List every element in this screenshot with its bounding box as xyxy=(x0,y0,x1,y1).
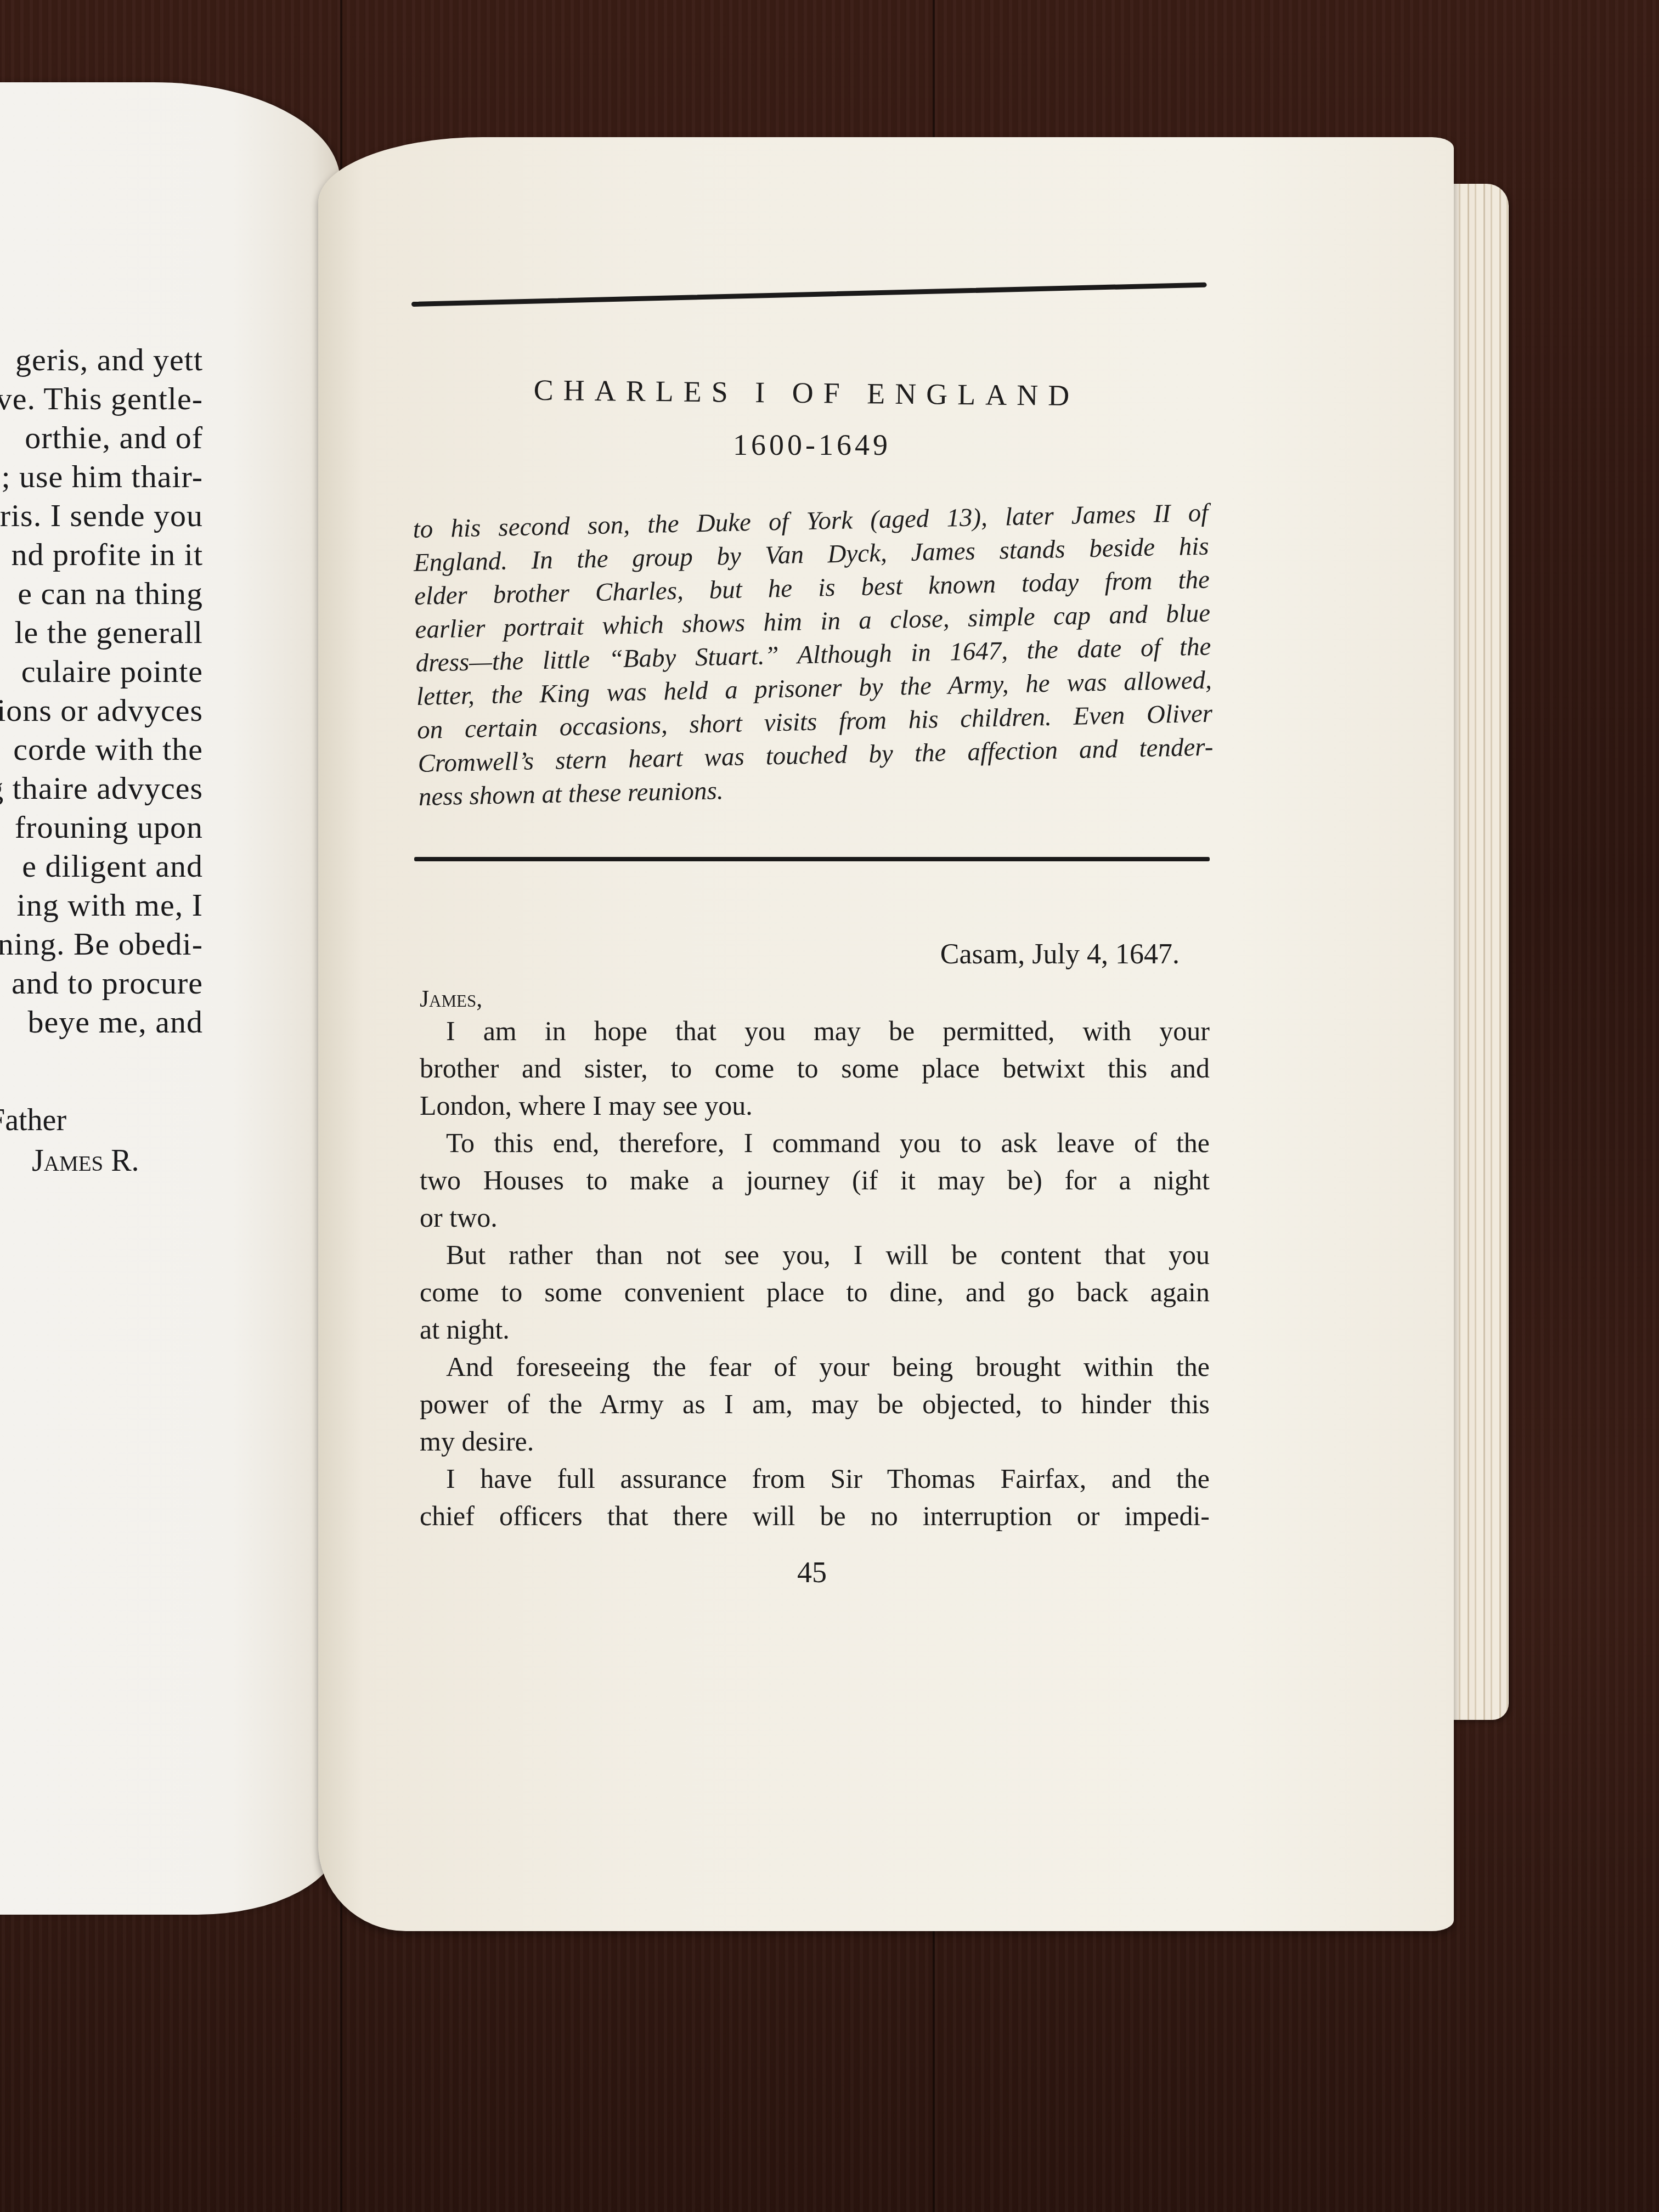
letter-line: brother and sister, to come to some plac… xyxy=(420,1049,1210,1087)
text-line: and to procure xyxy=(0,963,203,1002)
text-line: corde with the xyxy=(0,730,203,769)
signature: James R. xyxy=(0,1141,139,1181)
letter-line: And foreseeing the fear of your being br… xyxy=(420,1348,1210,1385)
closing-text: Father xyxy=(0,1103,66,1137)
letter-line: come to some convenient place to dine, a… xyxy=(420,1273,1210,1311)
letter-salutation: James, xyxy=(420,985,482,1013)
text-line: ; use him thair- xyxy=(0,457,203,496)
letter-line: I have full assurance from Sir Thomas Fa… xyxy=(420,1460,1210,1497)
letter-dateline: Casam, July 4, 1647. xyxy=(823,938,1180,970)
text-line: ions or advyces xyxy=(0,691,203,730)
letter-line: chief officers that there will be no int… xyxy=(420,1497,1210,1534)
text-line: beye me, and xyxy=(0,1002,203,1041)
text-line: nd profite in it xyxy=(0,535,203,574)
text-line: orthie, and of xyxy=(0,418,203,457)
chapter-title: CHARLES I OF ENGLAND xyxy=(505,373,1109,413)
text-line: ing with me, I xyxy=(0,885,203,924)
letter-line: But rather than not see you, I will be c… xyxy=(420,1236,1210,1273)
letter-line: To this end, therefore, I command you to… xyxy=(420,1124,1210,1161)
text-line: ris. I sende you xyxy=(0,496,203,535)
intro-paragraph: to his second son, the Duke of York (age… xyxy=(413,496,1214,814)
letter-line: I am in hope that you may be permitted, … xyxy=(420,1012,1210,1049)
text-line: le the generall xyxy=(0,613,203,652)
letter-line: power of the Army as I am, may be object… xyxy=(420,1385,1210,1423)
text-line: e can na thing xyxy=(0,574,203,613)
left-page: geris, and yett ve. This gentle- orthie,… xyxy=(0,82,340,1915)
letter-closing: Father James R. xyxy=(0,1100,139,1181)
section-divider-rule xyxy=(414,857,1210,861)
text-line: g thaire advyces xyxy=(0,769,203,808)
chapter-dates: 1600-1649 xyxy=(647,428,977,462)
letter-line: or two. xyxy=(420,1199,1210,1236)
letter-line: two Houses to make a journey (if it may … xyxy=(420,1161,1210,1199)
letter-line: my desire. xyxy=(420,1423,1210,1460)
letter-line: London, where I may see you. xyxy=(420,1087,1210,1124)
page-number: 45 xyxy=(779,1555,845,1589)
text-line: culaire pointe xyxy=(0,652,203,691)
letter-line: at night. xyxy=(420,1311,1210,1348)
left-page-text: geris, and yett ve. This gentle- orthie,… xyxy=(0,340,203,1041)
text-line: frouning upon xyxy=(0,808,203,847)
text-line: e diligent and xyxy=(0,847,203,885)
text-line: ning. Be obedi- xyxy=(0,924,203,963)
letter-body: I am in hope that you may be permitted, … xyxy=(420,1012,1210,1534)
text-line: geris, and yett xyxy=(0,340,203,379)
text-line: ve. This gentle- xyxy=(0,379,203,418)
